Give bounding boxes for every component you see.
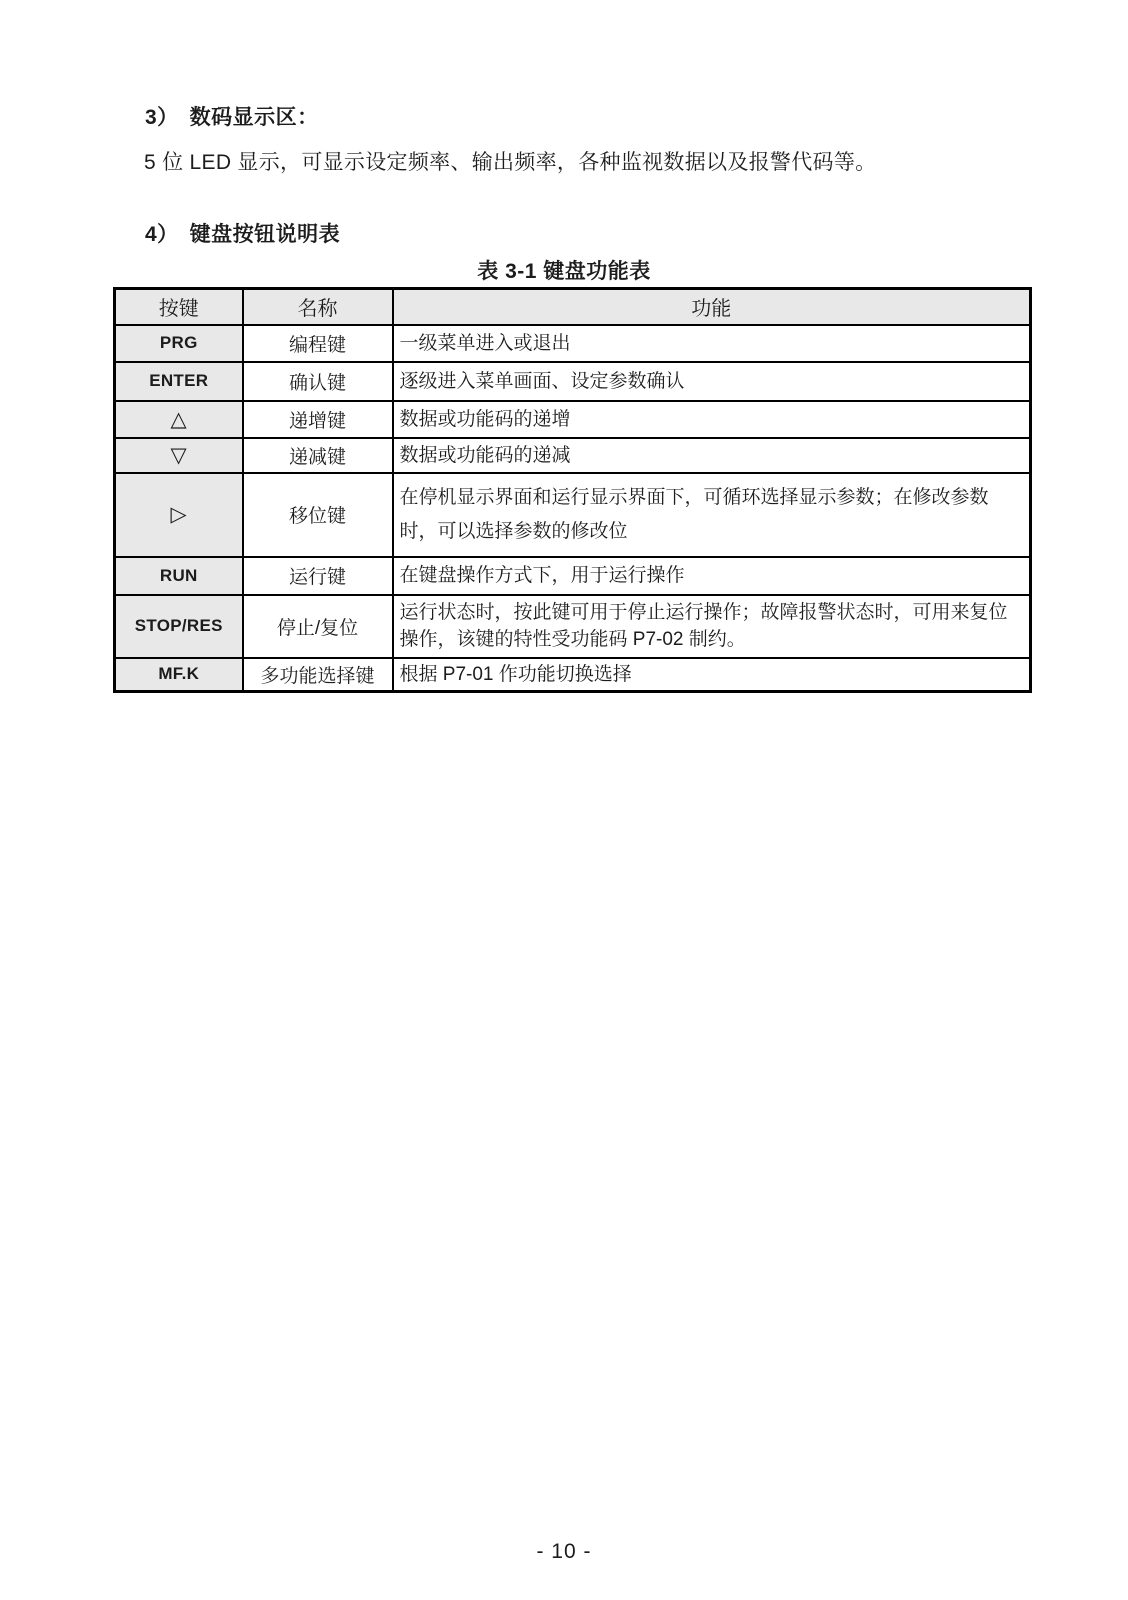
function-cell: 运行状态时，按此键可用于停止运行操作；故障报警状态时，可用来复位操作，该键的特性…	[393, 595, 1031, 658]
column-header-function: 功能	[393, 289, 1031, 325]
key-cell: MF.K	[115, 658, 243, 692]
key-cell: STOP/RES	[115, 595, 243, 658]
section-3-heading: 3） 数码显示区：	[145, 101, 319, 131]
function-cell: 数据或功能码的递增	[393, 401, 1031, 438]
function-cell: 一级菜单进入或退出	[393, 325, 1031, 362]
table-row: ENTER确认键逐级进入菜单画面、设定参数确认	[115, 362, 1031, 401]
manual-page: 3） 数码显示区： 5 位 LED 显示，可显示设定频率、输出频率，各种监视数据…	[0, 0, 1128, 1600]
key-cell: PRG	[115, 325, 243, 362]
function-cell: 根据 P7-01 作功能切换选择	[393, 658, 1031, 692]
keyboard-function-table: 按键 名称 功能 PRG编程键一级菜单进入或退出ENTER确认键逐级进入菜单画面…	[113, 287, 1032, 693]
name-cell: 停止/复位	[243, 595, 393, 658]
key-cell: RUN	[115, 557, 243, 595]
function-cell: 在键盘操作方式下，用于运行操作	[393, 557, 1031, 595]
name-cell: 确认键	[243, 362, 393, 401]
table-header-row: 按键 名称 功能	[115, 289, 1031, 325]
name-cell: 递减键	[243, 438, 393, 473]
keyboard-table-body: PRG编程键一级菜单进入或退出ENTER确认键逐级进入菜单画面、设定参数确认△递…	[115, 325, 1031, 692]
table-row: PRG编程键一级菜单进入或退出	[115, 325, 1031, 362]
table-row: STOP/RES停止/复位运行状态时，按此键可用于停止运行操作；故障报警状态时，…	[115, 595, 1031, 658]
name-cell: 运行键	[243, 557, 393, 595]
section-4-heading: 4） 键盘按钮说明表	[145, 218, 340, 248]
name-cell: 递增键	[243, 401, 393, 438]
function-cell: 数据或功能码的递减	[393, 438, 1031, 473]
table-row: △递增键数据或功能码的递增	[115, 401, 1031, 438]
function-cell: 在停机显示界面和运行显示界面下，可循环选择显示参数；在修改参数时，可以选择参数的…	[393, 473, 1031, 557]
key-cell: ENTER	[115, 362, 243, 401]
key-cell: ▷	[115, 473, 243, 557]
name-cell: 多功能选择键	[243, 658, 393, 692]
page-number: - 10 -	[0, 1540, 1128, 1564]
column-header-name: 名称	[243, 289, 393, 325]
table-row: ▽递减键数据或功能码的递减	[115, 438, 1031, 473]
table-row: ▷移位键在停机显示界面和运行显示界面下，可循环选择显示参数；在修改参数时，可以选…	[115, 473, 1031, 557]
table-row: RUN运行键在键盘操作方式下，用于运行操作	[115, 557, 1031, 595]
function-cell: 逐级进入菜单画面、设定参数确认	[393, 362, 1031, 401]
table-caption: 表 3-1 键盘功能表	[0, 255, 1128, 285]
section-3-body: 5 位 LED 显示，可显示设定频率、输出频率，各种监视数据以及报警代码等。	[144, 146, 876, 176]
name-cell: 编程键	[243, 325, 393, 362]
column-header-key: 按键	[115, 289, 243, 325]
key-cell: ▽	[115, 438, 243, 473]
table-row: MF.K多功能选择键根据 P7-01 作功能切换选择	[115, 658, 1031, 692]
key-cell: △	[115, 401, 243, 438]
name-cell: 移位键	[243, 473, 393, 557]
